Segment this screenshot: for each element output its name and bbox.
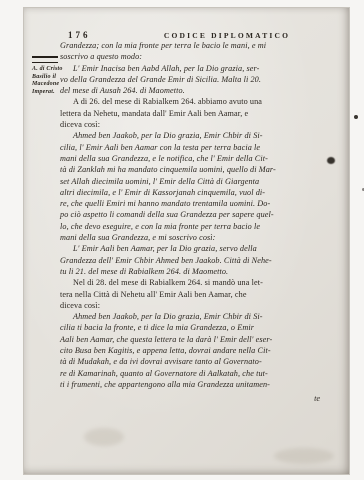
text-line: re, che quelli Emiri mi hanno mandato tr…: [60, 198, 336, 209]
text-line: tà di Zanklah mi ha mandato cinquemila u…: [60, 164, 336, 175]
text-line: cito Busa ben Kagitis, e appena letta, d…: [60, 345, 336, 356]
text-line: mani della sua Grandezza, e le notifica,…: [60, 153, 336, 164]
foxing-spot: [84, 428, 124, 446]
text-line: Ahmed ben Jaakob, per la Dio grazia, Emi…: [60, 130, 336, 141]
text-line: Nel di 28. del mese di Rabialkem 264. si…: [60, 277, 336, 288]
text-line: diceva così:: [60, 300, 336, 311]
text-line: re di Kamarinah, quanto al Governatore d…: [60, 368, 336, 379]
text-line: vo della Grandezza del Grande Emir di Si…: [60, 74, 336, 85]
text-line: lettera da Nehetu, mandata dall' Emir Aa…: [60, 108, 336, 119]
running-title: CODICE DIPLOMATICO: [60, 31, 336, 40]
text-line: del mese di Ausah 264. di Maometto.: [60, 85, 336, 96]
text-line: ti i frumenti, che appartengono alla mia…: [60, 379, 336, 390]
text-line: mani della sua Grandezza, e mi soscrivo …: [60, 232, 336, 243]
text-line: po ciò aspetto li comandi della sua Gran…: [60, 209, 336, 220]
text-line: L' Emir Inacisa ben Aabd Allah, per la D…: [60, 63, 336, 74]
body-text: Grandezza; con la mia fronte per terra l…: [60, 40, 336, 390]
catchword: te: [60, 394, 336, 403]
text-line: cilia, l' Emir Aali ben Aamar con la tes…: [60, 142, 336, 153]
text-line: set Allah diecimila uomini, l' Emir dell…: [60, 176, 336, 187]
text-line: Grandezza dell' Emir Chbir Ahmed ben Jaa…: [60, 255, 336, 266]
text-line: soscrivo a questo modo:: [60, 51, 336, 62]
text-line: Ahmed ben Jaakob, per la Dio grazia, Emi…: [60, 311, 336, 322]
text-line: A di 26. del mese di Rabialkem 264. abbi…: [60, 96, 336, 107]
text-line: tera nella Città di Nehetu all' Emir Aal…: [60, 289, 336, 300]
ink-stain: [354, 115, 358, 119]
text-line: Aali ben Aamar, che questa lettera te la…: [60, 334, 336, 345]
text-line: Grandezza; con la mia fronte per terra l…: [60, 40, 336, 51]
text-line: L' Emir Aali ben Aamar, per la Dio grazi…: [60, 243, 336, 254]
text-line: cilia ti bacia la fronte, e ti dice la m…: [60, 322, 336, 333]
margin-rule: [32, 56, 58, 63]
text-line: lo, che devo eseguire, e con la mia fron…: [60, 221, 336, 232]
text-line: tà di Mudakah, e da ivi dovrai avvisare …: [60, 356, 336, 367]
book-page: 176 CODICE DIPLOMATICO A. di Cristo Basi…: [23, 7, 350, 475]
text-line: diceva così:: [60, 119, 336, 130]
text-line: tu li 21. del mese di Rabialkem 264. di …: [60, 266, 336, 277]
ink-stain: [327, 157, 335, 164]
foxing-spot: [274, 448, 334, 464]
text-line: altri diecimila, e l' Emir di Kassorjana…: [60, 187, 336, 198]
